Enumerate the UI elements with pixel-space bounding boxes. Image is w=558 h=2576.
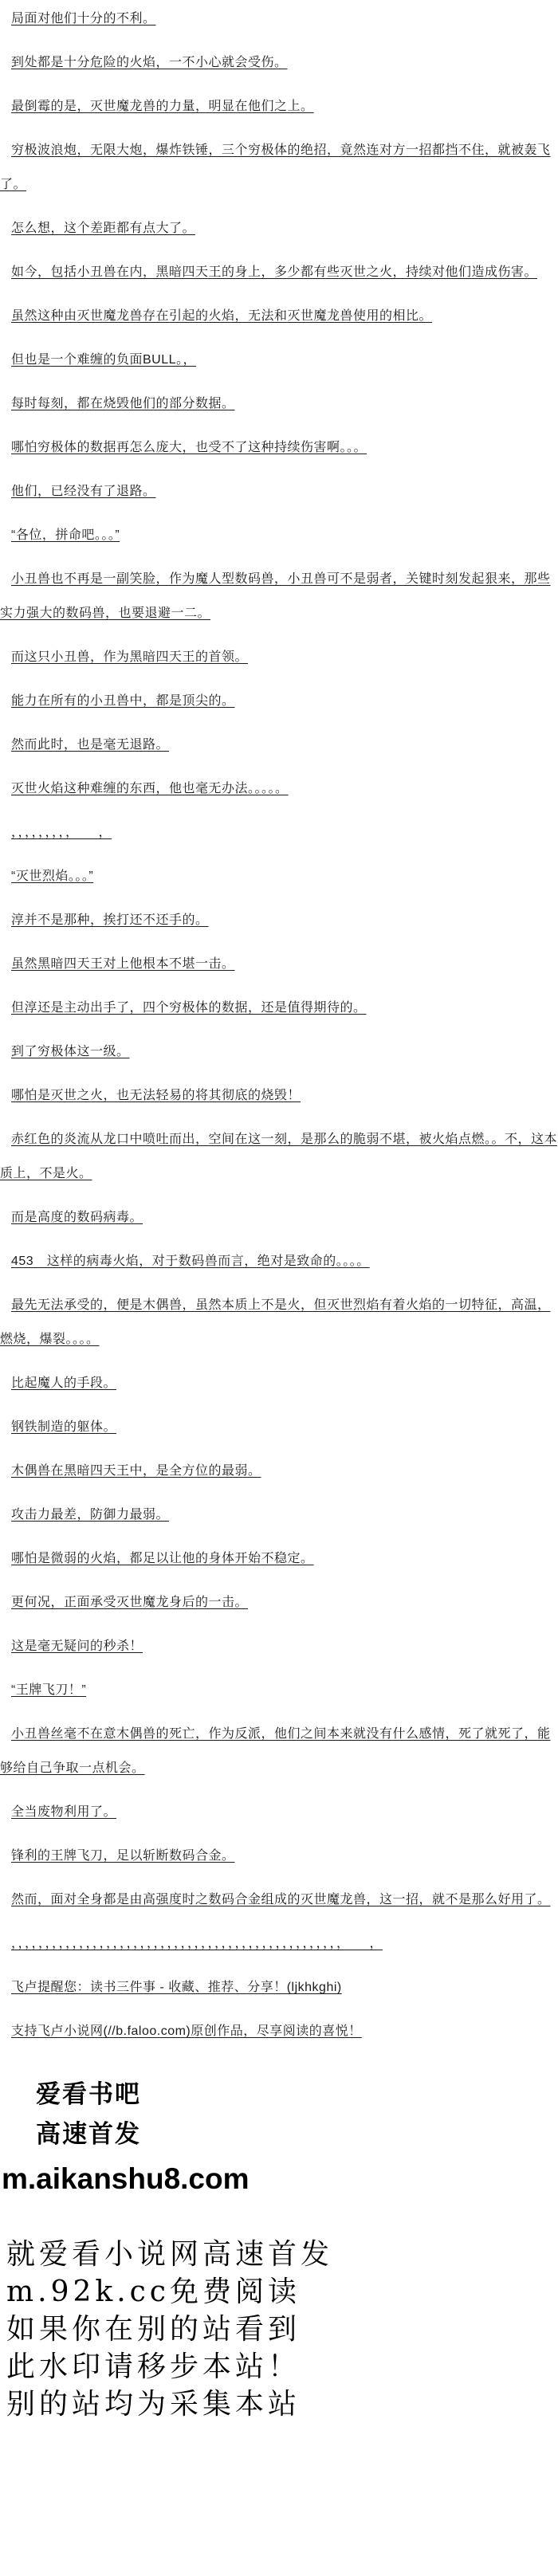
chapter-paragraph: 全当废物利用了。 bbox=[0, 1795, 558, 1829]
chapter-paragraph: 而这只小丑兽，作为黑暗四天王的首领。 bbox=[0, 640, 558, 674]
watermark-aikanshu-block: 爱看书吧 高速首发 m.aikanshu8.com bbox=[0, 2080, 558, 2195]
chapter-paragraph: 飞卢提醒您：读书三件事 - 收藏、推荐、分享！(ljkhkghi) bbox=[0, 1970, 558, 2005]
chapter-paragraph: 攻击力最差，防御力最弱。 bbox=[0, 1498, 558, 1532]
chapter-paragraph: 虽然这种由灭世魔龙兽存在引起的火焰，无法和灭世魔龙兽使用的相比。 bbox=[0, 299, 558, 333]
chapter-paragraph: 然而此时，也是毫无退路。 bbox=[0, 728, 558, 762]
chapter-text: 局面对他们十分的不利。到处都是十分危险的火焰，一不小心就会受伤。最倒霉的是，灭世… bbox=[0, 0, 558, 2048]
chapter-paragraph: 最倒霉的是，灭世魔龙兽的力量，明显在他们之上。 bbox=[0, 89, 558, 124]
chapter-paragraph: 局面对他们十分的不利。 bbox=[0, 2, 558, 36]
chapter-paragraph: 哪怕是灭世之火，也无法轻易的将其彻底的烧毁！ bbox=[0, 1078, 558, 1113]
chapter-paragraph: 小丑兽也不再是一副笑脸，作为魔人型数码兽，小丑兽可不是弱者，关键时刻发起狠来，那… bbox=[0, 562, 558, 630]
chapter-paragraph: ，，，，，，，，， ， bbox=[0, 815, 558, 850]
chapter-paragraph: 比起魔人的手段。 bbox=[0, 1366, 558, 1400]
watermark-kai-line: 别的站均为采集本站 bbox=[6, 2386, 558, 2422]
chapter-paragraph: 最先无法承受的，便是木偶兽，虽然本质上不是火，但灭世烈焰有着火焰的一切特征，高温… bbox=[0, 1288, 558, 1357]
watermark-site-name: 爱看书吧 bbox=[36, 2080, 558, 2109]
chapter-paragraph: 哪怕是微弱的火焰，都足以让他的身体开始不稳定。 bbox=[0, 1541, 558, 1576]
chapter-paragraph: 他们，已经没有了退路。 bbox=[0, 474, 558, 509]
chapter-paragraph: “灭世烈焰。。。” bbox=[0, 859, 558, 893]
chapter-paragraph: 这是毫无疑问的秒杀！ bbox=[0, 1629, 558, 1663]
chapter-paragraph: 锋利的王牌飞刀，足以斩断数码合金。 bbox=[0, 1839, 558, 1873]
chapter-paragraph: 哪怕穷极体的数据再怎么庞大，也受不了这种持续伤害啊。。。 bbox=[0, 430, 558, 465]
chapter-paragraph: 穷极波浪炮，无限大炮，爆炸铁锤，三个穷极体的绝招，竟然连对方一招都挡不住，就被轰… bbox=[0, 133, 558, 202]
watermark-kai-line: m.92k.cc免费阅读 bbox=[6, 2274, 558, 2310]
chapter-paragraph: 能力在所有的小丑兽中，都是顶尖的。 bbox=[0, 684, 558, 718]
chapter-paragraph: 而是高度的数码病毒。 bbox=[0, 1200, 558, 1235]
chapter-paragraph: 如今，包括小丑兽在内，黑暗四天王的身上，多少都有些灭世之火，持续对他们造成伤害。 bbox=[0, 255, 558, 289]
chapter-paragraph: 到了穷极体这一级。 bbox=[0, 1035, 558, 1069]
chapter-paragraph: 木偶兽在黑暗四天王中，是全方位的最弱。 bbox=[0, 1454, 558, 1488]
chapter-paragraph: 小丑兽丝毫不在意木偶兽的死亡，作为反派，他们之间本来就没有什么感情，死了就死了，… bbox=[0, 1717, 558, 1785]
chapter-paragraph: “各位，拼命吧。。。” bbox=[0, 518, 558, 552]
chapter-paragraph: 到处都是十分危险的火焰，一不小心就会受伤。 bbox=[0, 45, 558, 80]
watermark-92k-block: 就爱看小说网高速首发m.92k.cc免费阅读如果你在别的站看到此水印请移步本站！… bbox=[0, 2236, 558, 2438]
watermark-kai-line: 如果你在别的站看到 bbox=[6, 2311, 558, 2347]
watermark-kai-line: 就爱看小说网高速首发 bbox=[6, 2236, 558, 2272]
chapter-paragraph: 但淳还是主动出手了，四个穷极体的数据，还是值得期待的。 bbox=[0, 991, 558, 1025]
chapter-paragraph: 灭世火焰这种难缠的东西，他也毫无办法。。。。。 bbox=[0, 772, 558, 806]
novel-reader-page: 局面对他们十分的不利。到处都是十分危险的火焰，一不小心就会受伤。最倒霉的是，灭世… bbox=[0, 0, 558, 2438]
chapter-paragraph: ，，，，，，，，，，，，，，，，，，，，，，，，，，，，，，，，，，，，，，，，… bbox=[0, 1926, 558, 1961]
chapter-paragraph: “王牌飞刀！” bbox=[0, 1673, 558, 1707]
watermark-tagline: 高速首发 bbox=[36, 2120, 558, 2149]
chapter-paragraph: 每时每刻，都在烧毁他们的部分数据。 bbox=[0, 387, 558, 421]
chapter-paragraph: 淳并不是那种，挨打还不还手的。 bbox=[0, 903, 558, 937]
chapter-paragraph: 支持飞卢小说网(//b.faloo.com)原创作品，尽享阅读的喜悦！ bbox=[0, 2014, 558, 2048]
chapter-paragraph: 然而，面对全身都是由高强度时之数码合金组成的灭世魔龙兽，这一招，就不是那么好用了… bbox=[0, 1883, 558, 1917]
chapter-paragraph: 钢铁制造的躯体。 bbox=[0, 1410, 558, 1444]
chapter-paragraph: 怎么想，这个差距都有点大了。 bbox=[0, 211, 558, 245]
chapter-paragraph: 453 这样的病毒火焰，对于数码兽而言，绝对是致命的。。。。 bbox=[0, 1244, 558, 1278]
watermark-kai-line: 此水印请移步本站！ bbox=[6, 2349, 558, 2385]
chapter-paragraph: 赤红色的炎流从龙口中喷吐而出，空间在这一刻，是那么的脆弱不堪，被火焰点燃。。不，… bbox=[0, 1122, 558, 1191]
chapter-paragraph: 更何况，正面承受灭世魔龙身后的一击。 bbox=[0, 1585, 558, 1620]
watermark-site-url: m.aikanshu8.com bbox=[2, 2163, 558, 2195]
chapter-paragraph: 但也是一个难缠的负面BULL。， bbox=[0, 343, 558, 377]
chapter-paragraph: 虽然黑暗四天王对上他根本不堪一击。 bbox=[0, 947, 558, 981]
